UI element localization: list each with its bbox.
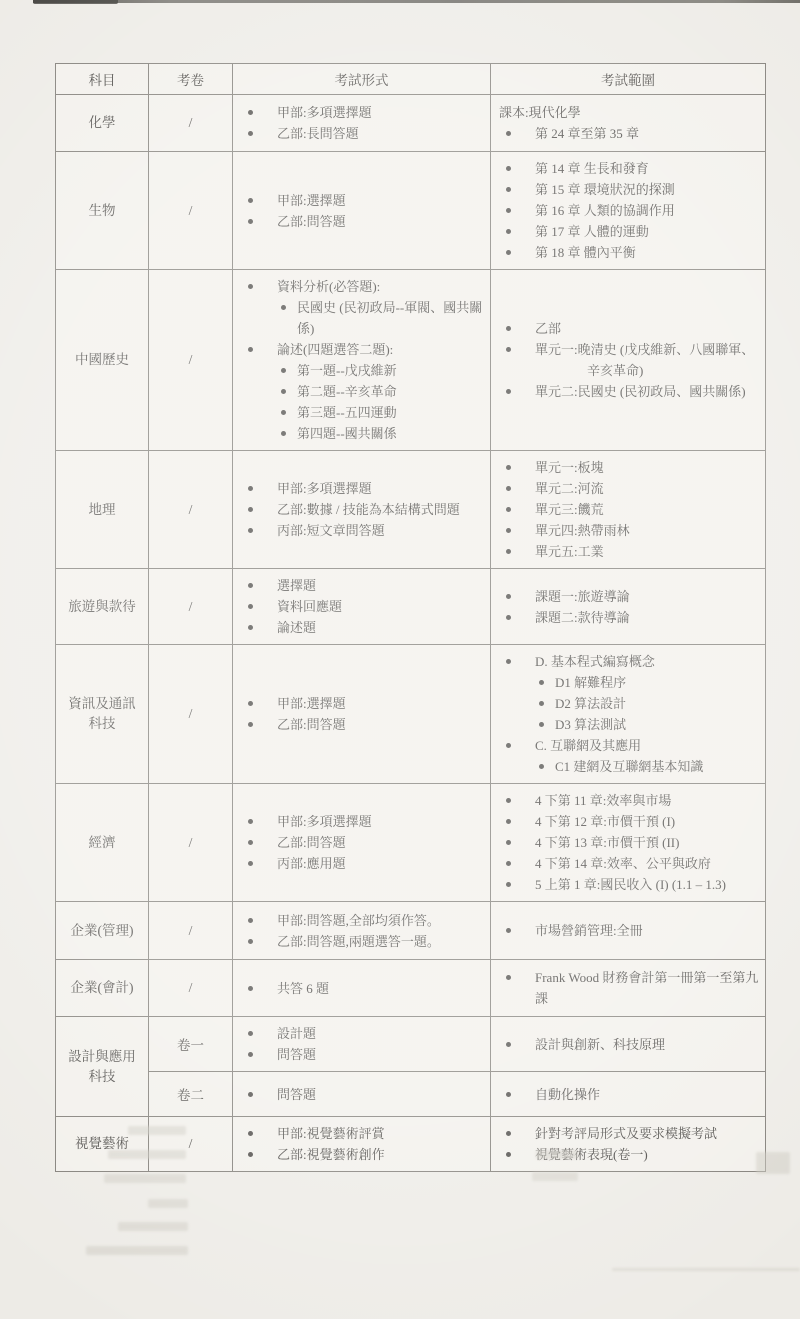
format-item: 甲部:問答題,全部均須作答。: [233, 910, 486, 931]
scope-item-text: 第 14 章 生長和發育: [535, 158, 761, 179]
scope-item-text: 單元一:晚清史 (戊戌維新、八國聯軍、辛亥革命): [535, 339, 761, 381]
bullet-icon: [506, 187, 511, 192]
scope-item: 第 24 章至第 35 章: [491, 123, 761, 144]
table-row: 視覺藝術/甲部:視覺藝術評賞乙部:視覺藝術創作針對考評局形式及要求模擬考試視覺藝…: [56, 1117, 766, 1172]
table-row: 資訊及通訊 科技/甲部:選擇題乙部:問答題D. 基本程式編寫概念D1 解難程序D…: [56, 645, 766, 784]
scope-item: D1 解難程序: [491, 672, 761, 693]
format-item: 甲部:多項選擇題: [233, 102, 486, 123]
scope-item: 自動化操作: [491, 1084, 761, 1105]
bullet-icon: [248, 722, 253, 727]
scope-item-text: 單元二:河流: [535, 478, 761, 499]
bullet-icon: [281, 368, 286, 373]
format-item: 乙部:問答題,兩題選答一題。: [233, 931, 486, 952]
scope-item-text: 5 上第 1 章:國民收入 (I) (1.1 – 1.3): [535, 874, 761, 895]
bullet-icon: [248, 840, 253, 845]
exam-format-cell: 甲部:視覺藝術評賞乙部:視覺藝術創作: [233, 1117, 491, 1172]
format-item-text: 第三題--五四運動: [297, 402, 486, 423]
bullet-icon: [281, 305, 286, 310]
subject-cell: 旅遊與款待: [56, 569, 149, 645]
scope-item-text: D1 解難程序: [555, 672, 761, 693]
bleed-through-mark: [118, 1222, 188, 1231]
scope-item-text: 乙部: [535, 318, 761, 339]
format-item: 甲部:多項選擇題: [233, 478, 486, 499]
scope-item-text: C1 建網及互聯網基本知識: [555, 756, 761, 777]
format-item-text: 共答 6 題: [277, 978, 486, 999]
scope-item: 5 上第 1 章:國民收入 (I) (1.1 – 1.3): [491, 874, 761, 895]
bullet-icon: [248, 198, 253, 203]
format-item-text: 乙部:數據 / 技能為本結構式問題: [277, 499, 486, 520]
table-row: 企業(會計)/共答 6 題Frank Wood 財務會計第一冊第一至第九課: [56, 960, 766, 1017]
exam-scope-cell: 課本:現代化學第 24 章至第 35 章: [491, 95, 766, 152]
bleed-through-mark: [148, 1199, 188, 1208]
bleed-through-mark: [612, 1268, 800, 1271]
subject-cell: 化學: [56, 95, 149, 152]
format-item: 乙部:問答題: [233, 832, 486, 853]
bullet-icon: [248, 861, 253, 866]
bullet-icon: [506, 975, 511, 980]
scope-item-text: 第 16 章 人類的協調作用: [535, 200, 761, 221]
subject-cell: 視覺藝術: [56, 1117, 149, 1172]
scope-item-text: 4 下第 14 章:效率、公平與政府: [535, 853, 761, 874]
format-item: 乙部:長問答題: [233, 123, 486, 144]
format-item-text: 乙部:問答題: [277, 832, 486, 853]
scope-item: 第 17 章 人體的運動: [491, 221, 761, 242]
scope-item: 單元二:民國史 (民初政局、國共關係): [491, 381, 761, 402]
format-item-text: 甲部:選擇題: [277, 190, 486, 211]
scope-item: 課本:現代化學: [491, 102, 761, 123]
format-item-text: 甲部:多項選擇題: [277, 102, 486, 123]
bullet-icon: [506, 250, 511, 255]
scope-item: Frank Wood 財務會計第一冊第一至第九課: [491, 967, 761, 1009]
bullet-icon: [248, 939, 253, 944]
format-item: 丙部:短文章問答題: [233, 520, 486, 541]
bullet-icon: [506, 1152, 511, 1157]
header-row: 科目考卷考試形式考試範圍: [56, 64, 766, 95]
subject-cell: 企業(會計): [56, 960, 149, 1017]
bullet-icon: [506, 659, 511, 664]
bleed-through-mark: [86, 1246, 188, 1255]
col-header-exam-scope: 考試範圍: [491, 64, 766, 95]
scope-item: 第 16 章 人類的協調作用: [491, 200, 761, 221]
exam-scope-cell: 4 下第 11 章:效率與市場4 下第 12 章:市價干預 (I)4 下第 13…: [491, 784, 766, 902]
paper-cell: /: [149, 1117, 233, 1172]
format-item-text: 乙部:視覺藝術創作: [277, 1144, 486, 1165]
exam-scope-cell: 乙部單元一:晚清史 (戊戌維新、八國聯軍、辛亥革命)單元二:民國史 (民初政局、…: [491, 270, 766, 451]
paper-cell: /: [149, 902, 233, 960]
subject-cell: 資訊及通訊 科技: [56, 645, 149, 784]
format-item-text: 乙部:長問答題: [277, 123, 486, 144]
scope-item-text: 單元三:饑荒: [535, 499, 761, 520]
scan-edge-artifact: [33, 0, 118, 4]
bullet-icon: [248, 110, 253, 115]
subject-cell: 經濟: [56, 784, 149, 902]
bullet-icon: [248, 1152, 253, 1157]
exam-scope-cell: 單元一:板塊單元二:河流單元三:饑荒單元四:熱帶雨林單元五:工業: [491, 451, 766, 569]
exam-schedule-table: 科目考卷考試形式考試範圍化學/甲部:多項選擇題乙部:長問答題課本:現代化學第 2…: [55, 63, 766, 1172]
format-item-text: 問答題: [277, 1084, 486, 1105]
bullet-icon: [281, 410, 286, 415]
format-item-text: 甲部:多項選擇題: [277, 478, 486, 499]
bullet-icon: [506, 208, 511, 213]
scope-item: 市場營銷管理:全冊: [491, 920, 761, 941]
scope-item: 設計與創新、科技原理: [491, 1034, 761, 1055]
exam-format-cell: 甲部:多項選擇題乙部:問答題丙部:應用題: [233, 784, 491, 902]
format-item-text: 資料分析(必答題):: [277, 276, 486, 297]
format-item: 甲部:選擇題: [233, 693, 486, 714]
bleed-through-mark: [104, 1174, 186, 1183]
table-row: 旅遊與款待/選擇題資料回應題論述題課題一:旅遊導論課題二:款待導論: [56, 569, 766, 645]
bullet-icon: [506, 594, 511, 599]
format-item: 甲部:多項選擇題: [233, 811, 486, 832]
scope-item-text: Frank Wood 財務會計第一冊第一至第九課: [535, 967, 761, 1009]
exam-format-cell: 資料分析(必答題):民國史 (民初政局--軍閥、國共關係)論述(四題選答二題):…: [233, 270, 491, 451]
bullet-icon: [506, 229, 511, 234]
format-item-text: 民國史 (民初政局--軍閥、國共關係): [297, 297, 486, 339]
scope-item: 課題二:款待導論: [491, 607, 761, 628]
scope-item: 單元一:晚清史 (戊戌維新、八國聯軍、辛亥革命): [491, 339, 761, 381]
bullet-icon: [506, 1131, 511, 1136]
scope-item-text: D2 算法設計: [555, 693, 761, 714]
scope-item-text: D. 基本程式編寫概念: [535, 651, 761, 672]
scope-item: 針對考評局形式及要求模擬考試: [491, 1123, 761, 1144]
format-item: 選擇題: [233, 575, 486, 596]
format-item: 甲部:視覺藝術評賞: [233, 1123, 486, 1144]
exam-format-cell: 甲部:問答題,全部均須作答。乙部:問答題,兩題選答一題。: [233, 902, 491, 960]
exam-scope-cell: Frank Wood 財務會計第一冊第一至第九課: [491, 960, 766, 1017]
exam-scope-cell: 課題一:旅遊導論課題二:款待導論: [491, 569, 766, 645]
scope-item-text: C. 互聯網及其應用: [535, 735, 761, 756]
scope-item-text: 單元五:工業: [535, 541, 761, 562]
format-item-text: 第四題--國共關係: [297, 423, 486, 444]
scope-item: 課題一:旅遊導論: [491, 586, 761, 607]
format-item: 乙部:問答題: [233, 211, 486, 232]
exam-scope-cell: 設計與創新、科技原理: [491, 1017, 766, 1072]
bullet-icon: [506, 861, 511, 866]
bullet-icon: [281, 431, 286, 436]
bullet-icon: [248, 486, 253, 491]
bullet-icon: [506, 1092, 511, 1097]
col-header-subject: 科目: [56, 64, 149, 95]
table-row: 卷二問答題自動化操作: [56, 1072, 766, 1117]
format-item: 第二題--辛亥革命: [233, 381, 486, 402]
scope-item: 視覺藝術表現(卷一): [491, 1144, 761, 1165]
scope-item-text: 視覺藝術表現(卷一): [535, 1144, 761, 1165]
scope-item-text: 單元一:板塊: [535, 457, 761, 478]
bullet-icon: [506, 615, 511, 620]
bullet-icon: [539, 722, 544, 727]
scope-item-text: 第 15 章 環境狀況的探測: [535, 179, 761, 200]
scope-item-text: 第 18 章 體內平衡: [535, 242, 761, 263]
format-item-text: 甲部:視覺藝術評賞: [277, 1123, 486, 1144]
scope-item: 單元一:板塊: [491, 457, 761, 478]
exam-scope-cell: 第 14 章 生長和發育第 15 章 環境狀況的探測第 16 章 人類的協調作用…: [491, 152, 766, 270]
format-item: 論述(四題選答二題):: [233, 339, 486, 360]
scope-item: 乙部: [491, 318, 761, 339]
scope-item-text: 課題一:旅遊導論: [535, 586, 761, 607]
table-row: 化學/甲部:多項選擇題乙部:長問答題課本:現代化學第 24 章至第 35 章: [56, 95, 766, 152]
format-item-text: 甲部:選擇題: [277, 693, 486, 714]
scope-item: 4 下第 12 章:市價干預 (I): [491, 811, 761, 832]
bullet-icon: [506, 326, 511, 331]
format-item-text: 論述(四題選答二題):: [277, 339, 486, 360]
exam-format-cell: 甲部:多項選擇題乙部:數據 / 技能為本結構式問題丙部:短文章問答題: [233, 451, 491, 569]
table-row: 設計與應用 科技卷一設計題問答題設計與創新、科技原理: [56, 1017, 766, 1072]
bullet-icon: [248, 625, 253, 630]
format-item-text: 設計題: [277, 1023, 486, 1044]
scope-item-text: 自動化操作: [535, 1084, 761, 1105]
format-item-text: 第一題--戊戌維新: [297, 360, 486, 381]
bullet-icon: [506, 743, 511, 748]
bullet-icon: [248, 819, 253, 824]
bullet-icon: [248, 219, 253, 224]
paper-cell: 卷一: [149, 1017, 233, 1072]
paper-cell: /: [149, 569, 233, 645]
format-item-text: 甲部:問答題,全部均須作答。: [277, 910, 486, 931]
bullet-icon: [248, 604, 253, 609]
exam-format-cell: 設計題問答題: [233, 1017, 491, 1072]
scope-item-text: 第 17 章 人體的運動: [535, 221, 761, 242]
format-item-text: 選擇題: [277, 575, 486, 596]
format-item: 丙部:應用題: [233, 853, 486, 874]
subject-cell: 設計與應用 科技: [56, 1017, 149, 1117]
bullet-icon: [506, 798, 511, 803]
scope-item-text: 課本:現代化學: [499, 102, 761, 123]
bullet-icon: [248, 131, 253, 136]
format-item: 問答題: [233, 1044, 486, 1065]
format-item: 第四題--國共關係: [233, 423, 486, 444]
table-row: 企業(管理)/甲部:問答題,全部均須作答。乙部:問答題,兩題選答一題。市場營銷管…: [56, 902, 766, 960]
bullet-icon: [248, 1052, 253, 1057]
exam-scope-cell: 市場營銷管理:全冊: [491, 902, 766, 960]
bullet-icon: [248, 1031, 253, 1036]
format-item-text: 丙部:短文章問答題: [277, 520, 486, 541]
table-row: 中國歷史/資料分析(必答題):民國史 (民初政局--軍閥、國共關係)論述(四題選…: [56, 270, 766, 451]
bullet-icon: [248, 701, 253, 706]
format-item-text: 乙部:問答題,兩題選答一題。: [277, 931, 486, 952]
paper-cell: /: [149, 960, 233, 1017]
format-item: 設計題: [233, 1023, 486, 1044]
scope-item: 單元五:工業: [491, 541, 761, 562]
scope-item: C. 互聯網及其應用: [491, 735, 761, 756]
format-item-text: 第二題--辛亥革命: [297, 381, 486, 402]
exam-scope-cell: 針對考評局形式及要求模擬考試視覺藝術表現(卷一): [491, 1117, 766, 1172]
scope-item: D3 算法測試: [491, 714, 761, 735]
paper-cell: /: [149, 152, 233, 270]
paper-cell: /: [149, 784, 233, 902]
bullet-icon: [506, 528, 511, 533]
format-item: 資料回應題: [233, 596, 486, 617]
scope-item-text: 單元二:民國史 (民初政局、國共關係): [535, 381, 761, 402]
format-item-text: 甲部:多項選擇題: [277, 811, 486, 832]
bullet-icon: [506, 389, 511, 394]
scope-item-text: 單元四:熱帶雨林: [535, 520, 761, 541]
exam-table-container: 科目考卷考試形式考試範圍化學/甲部:多項選擇題乙部:長問答題課本:現代化學第 2…: [55, 63, 765, 1172]
scope-item-text: 市場營銷管理:全冊: [535, 920, 761, 941]
format-item: 問答題: [233, 1084, 486, 1105]
scope-item-text: 4 下第 11 章:效率與市場: [535, 790, 761, 811]
scope-item: 4 下第 14 章:效率、公平與政府: [491, 853, 761, 874]
bullet-icon: [539, 764, 544, 769]
scope-item-text: D3 算法測試: [555, 714, 761, 735]
scope-item: 第 15 章 環境狀況的探測: [491, 179, 761, 200]
scope-item-text: 4 下第 12 章:市價干預 (I): [535, 811, 761, 832]
format-item: 乙部:視覺藝術創作: [233, 1144, 486, 1165]
scanned-document-page: 科目考卷考試形式考試範圍化學/甲部:多項選擇題乙部:長問答題課本:現代化學第 2…: [0, 0, 800, 1319]
bullet-icon: [248, 583, 253, 588]
bullet-icon: [506, 347, 511, 352]
bullet-icon: [506, 465, 511, 470]
table-row: 生物/甲部:選擇題乙部:問答題第 14 章 生長和發育第 15 章 環境狀況的探…: [56, 152, 766, 270]
scope-item: 單元三:饑荒: [491, 499, 761, 520]
bullet-icon: [506, 819, 511, 824]
bullet-icon: [506, 840, 511, 845]
scope-item-text: 課題二:款待導論: [535, 607, 761, 628]
scope-item: 單元四:熱帶雨林: [491, 520, 761, 541]
bullet-icon: [248, 1092, 253, 1097]
format-item: 第一題--戊戌維新: [233, 360, 486, 381]
format-item-text: 論述題: [277, 617, 486, 638]
bullet-icon: [248, 528, 253, 533]
subject-cell: 中國歷史: [56, 270, 149, 451]
bullet-icon: [281, 389, 286, 394]
format-item: 資料分析(必答題):: [233, 276, 486, 297]
format-item: 乙部:數據 / 技能為本結構式問題: [233, 499, 486, 520]
format-item-text: 資料回應題: [277, 596, 486, 617]
format-item: 共答 6 題: [233, 978, 486, 999]
format-item: 第三題--五四運動: [233, 402, 486, 423]
format-item: 論述題: [233, 617, 486, 638]
format-item: 甲部:選擇題: [233, 190, 486, 211]
subject-cell: 地理: [56, 451, 149, 569]
exam-format-cell: 甲部:選擇題乙部:問答題: [233, 645, 491, 784]
bullet-icon: [248, 918, 253, 923]
bullet-icon: [506, 882, 511, 887]
scope-item-text: 設計與創新、科技原理: [535, 1034, 761, 1055]
bullet-icon: [506, 507, 511, 512]
scope-item: 4 下第 11 章:效率與市場: [491, 790, 761, 811]
table-row: 經濟/甲部:多項選擇題乙部:問答題丙部:應用題4 下第 11 章:效率與市場4 …: [56, 784, 766, 902]
bullet-icon: [506, 549, 511, 554]
exam-scope-cell: 自動化操作: [491, 1072, 766, 1117]
bullet-icon: [506, 928, 511, 933]
scope-item: C1 建網及互聯網基本知識: [491, 756, 761, 777]
format-item-text: 乙部:問答題: [277, 211, 486, 232]
scope-item-text: 第 24 章至第 35 章: [535, 123, 761, 144]
exam-format-cell: 問答題: [233, 1072, 491, 1117]
scope-item: 第 14 章 生長和發育: [491, 158, 761, 179]
bullet-icon: [506, 166, 511, 171]
bullet-icon: [248, 986, 253, 991]
paper-cell: 卷二: [149, 1072, 233, 1117]
scan-edge-artifact: [33, 0, 800, 3]
format-item-text: 丙部:應用題: [277, 853, 486, 874]
bullet-icon: [539, 680, 544, 685]
bullet-icon: [248, 1131, 253, 1136]
bullet-icon: [506, 1042, 511, 1047]
format-item: 民國史 (民初政局--軍閥、國共關係): [233, 297, 486, 339]
bullet-icon: [248, 507, 253, 512]
subject-cell: 生物: [56, 152, 149, 270]
table-row: 地理/甲部:多項選擇題乙部:數據 / 技能為本結構式問題丙部:短文章問答題單元一…: [56, 451, 766, 569]
col-header-exam-format: 考試形式: [233, 64, 491, 95]
exam-format-cell: 甲部:選擇題乙部:問答題: [233, 152, 491, 270]
bullet-icon: [506, 486, 511, 491]
col-header-paper: 考卷: [149, 64, 233, 95]
bullet-icon: [506, 131, 511, 136]
scope-item: D. 基本程式編寫概念: [491, 651, 761, 672]
bullet-icon: [248, 284, 253, 289]
paper-cell: /: [149, 451, 233, 569]
format-item-text: 問答題: [277, 1044, 486, 1065]
scope-item: 4 下第 13 章:市價干預 (II): [491, 832, 761, 853]
scope-item: D2 算法設計: [491, 693, 761, 714]
bullet-icon: [539, 701, 544, 706]
paper-cell: /: [149, 95, 233, 152]
exam-scope-cell: D. 基本程式編寫概念D1 解難程序D2 算法設計D3 算法測試C. 互聯網及其…: [491, 645, 766, 784]
scope-item-text: 4 下第 13 章:市價干預 (II): [535, 832, 761, 853]
exam-format-cell: 甲部:多項選擇題乙部:長問答題: [233, 95, 491, 152]
paper-cell: /: [149, 270, 233, 451]
scope-item-text: 針對考評局形式及要求模擬考試: [535, 1123, 761, 1144]
scope-item: 第 18 章 體內平衡: [491, 242, 761, 263]
exam-format-cell: 共答 6 題: [233, 960, 491, 1017]
bleed-through-mark: [532, 1172, 578, 1181]
format-item: 乙部:問答題: [233, 714, 486, 735]
scope-item: 單元二:河流: [491, 478, 761, 499]
bullet-icon: [248, 347, 253, 352]
format-item-text: 乙部:問答題: [277, 714, 486, 735]
exam-format-cell: 選擇題資料回應題論述題: [233, 569, 491, 645]
subject-cell: 企業(管理): [56, 902, 149, 960]
paper-cell: /: [149, 645, 233, 784]
